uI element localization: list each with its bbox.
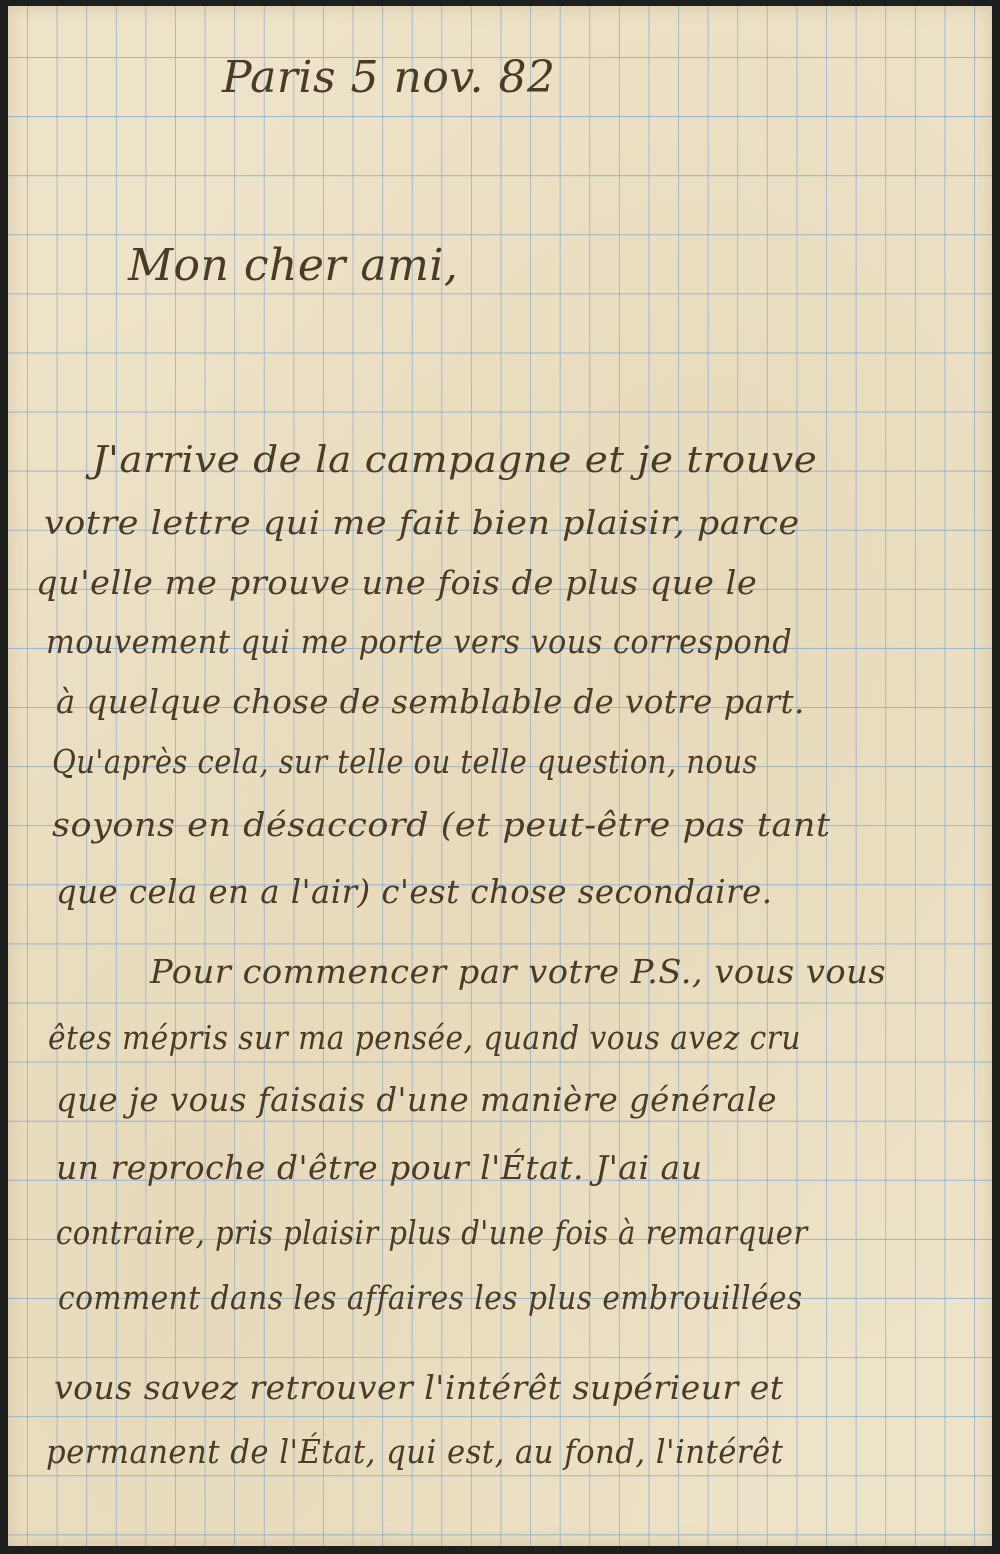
letter-line-3: qu'elle me prouve une fois de plus que l… <box>36 563 757 602</box>
letter-line-9: Pour commencer par votre P.S., vous vous <box>150 952 886 991</box>
letter-line-7: soyons en désaccord (et peut-être pas ta… <box>52 805 831 844</box>
letter-line-6: Qu'après cela, sur telle ou telle questi… <box>52 742 758 781</box>
ghost-stamp-bleedthrough <box>819 1003 960 1048</box>
letter-line-10: êtes mépris sur ma pensée, quand vous av… <box>48 1018 801 1057</box>
letter-line-11: que je vous faisais d'une manière généra… <box>56 1080 777 1119</box>
letter-line-2: votre lettre qui me fait bien plaisir, p… <box>44 503 800 542</box>
letter-line-8: que cela en a l'air) c'est chose seconda… <box>56 872 772 911</box>
letter-line-16: permanent de l'État, qui est, au fond, l… <box>46 1432 783 1471</box>
letter-line-5: à quelque chose de semblable de votre pa… <box>56 682 805 721</box>
letter-line-15: vous savez retrouver l'intérêt supérieur… <box>54 1368 784 1407</box>
letter-date: Paris 5 nov. 82 <box>222 52 555 103</box>
letter-line-14: comment dans les affaires les plus embro… <box>58 1278 803 1317</box>
letter-line-4: mouvement qui me porte vers vous corresp… <box>46 622 792 661</box>
letter-line-1: J'arrive de la campagne et je trouve <box>92 440 817 481</box>
letter-greeting: Mon cher ami, <box>128 240 458 291</box>
letter-line-13: contraire, pris plaisir plus d'une fois … <box>56 1213 808 1252</box>
letter-line-12: un reproche d'être pour l'État. J'ai au <box>56 1148 702 1187</box>
